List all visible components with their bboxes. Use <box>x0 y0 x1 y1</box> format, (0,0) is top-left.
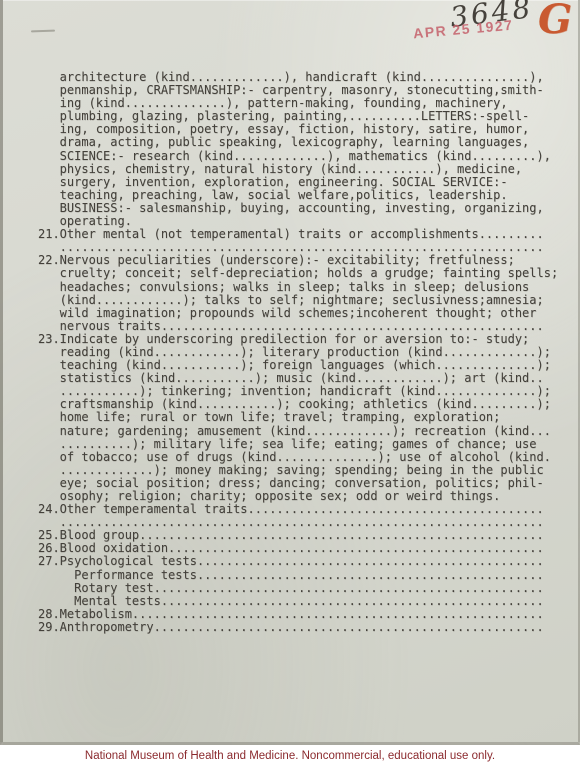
text-line: 27.Psychological tests..................… <box>38 555 553 568</box>
text-line: 29.Anthropometry........................… <box>38 621 553 634</box>
text-line: nature; gardening; amusement (kind......… <box>38 425 553 438</box>
text-line: Mental tests............................… <box>38 595 553 608</box>
pencil-mark <box>31 30 55 33</box>
text-line: of tobacco; use of drugs (kind..........… <box>38 451 553 464</box>
date-stamp: APR 25 1927 <box>412 17 514 42</box>
handwritten-letter-g: G <box>538 0 572 42</box>
text-line: cruelty; conceit; self-depreciation; hol… <box>38 267 553 280</box>
text-line: nervous traits..........................… <box>38 320 553 333</box>
text-line: ..........); military life; sea life; ea… <box>38 438 553 451</box>
text-line: surgery, invention, exploration, enginee… <box>38 176 553 189</box>
text-line: Rotary test.............................… <box>38 582 553 595</box>
text-line: home life; rural or town life; travel; t… <box>38 411 553 424</box>
text-line: physics, chemistry, natural history (kin… <box>38 163 553 176</box>
paper-sheet: 3648 APR 25 1927 G architecture (kind...… <box>0 0 580 745</box>
scanned-document-page: 3648 APR 25 1927 G architecture (kind...… <box>0 0 580 770</box>
text-line: Performance tests.......................… <box>38 569 553 582</box>
footer-caption: National Museum of Health and Medicine. … <box>0 745 580 770</box>
text-line: 28.Metabolism...........................… <box>38 608 553 621</box>
text-line: headaches; convulsions; walks in sleep; … <box>38 281 553 294</box>
text-line: 23.Indicate by underscoring predilection… <box>38 333 553 346</box>
text-line: drama, acting, public speaking, lexicogr… <box>38 136 553 149</box>
text-line: (kind............); talks to self; night… <box>38 294 553 307</box>
text-line: .............); money making; saving; sp… <box>38 464 553 477</box>
typewritten-text: architecture (kind.............), handic… <box>38 71 553 634</box>
text-line: teaching, preaching, law, social welfare… <box>38 189 553 202</box>
text-line: wild imagination; propounds wild schemes… <box>38 307 553 320</box>
text-line: SCIENCE:- research (kind.............), … <box>38 150 553 163</box>
